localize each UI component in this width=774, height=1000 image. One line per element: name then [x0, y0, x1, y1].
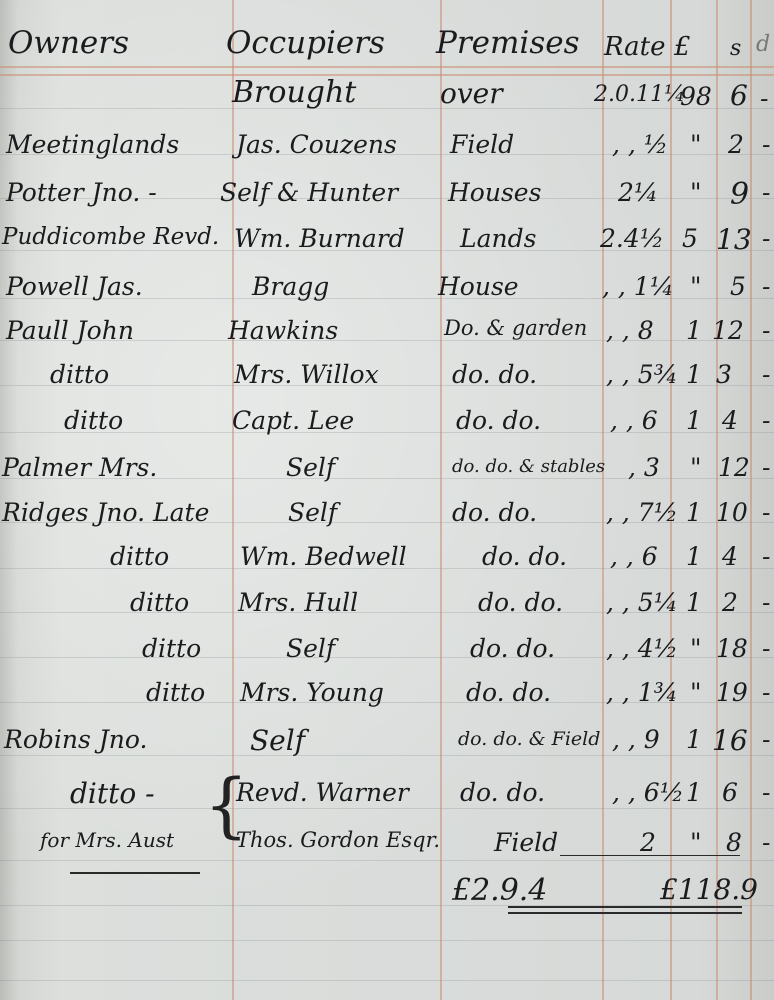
row-occupier: Mrs. Young: [240, 680, 384, 705]
row-owner: ditto: [130, 590, 189, 615]
row-premises: do. do.: [456, 408, 541, 433]
column-rule: [602, 0, 604, 1000]
column-rule: [440, 0, 442, 1000]
row-pounds: ": [690, 274, 702, 299]
row-pounds: 1: [686, 318, 702, 343]
row-shillings: 4: [722, 408, 738, 433]
row-premises: do. do.: [460, 780, 545, 805]
row-owner: Puddicombe Revd.: [2, 226, 219, 249]
row-premises: do. do.: [466, 680, 551, 705]
row-occupier: Bragg: [252, 274, 329, 299]
row-occupier: Hawkins: [228, 318, 338, 343]
row-pence: -: [762, 226, 770, 251]
row-premises: Houses: [448, 180, 541, 205]
row-pounds: 1: [686, 544, 702, 569]
row-owner: ditto: [142, 636, 201, 661]
amount-total: £118.9: [660, 876, 758, 904]
row-pounds: 1: [686, 590, 702, 615]
row-premises: Field: [494, 830, 558, 855]
row-pounds: ": [690, 636, 702, 661]
row-pence: -: [762, 680, 770, 705]
row-owner: ditto -: [70, 780, 155, 808]
total-double-rule-2: [508, 912, 742, 914]
header-rule-2: [0, 74, 774, 76]
total-double-rule-1: [508, 906, 742, 908]
row-pence: -: [762, 636, 770, 661]
row-occupier: Capt. Lee: [232, 408, 354, 433]
row-pence: -: [762, 455, 770, 480]
row-pounds: ": [690, 455, 702, 480]
row-rate: , , 6½: [612, 780, 684, 805]
row-pence: -: [762, 590, 770, 615]
row-pence: -: [762, 318, 770, 343]
row-occupier: Mrs. Hull: [238, 590, 358, 615]
row-premises: do. do. & stables: [452, 458, 605, 476]
header-pence: d: [756, 34, 770, 56]
row-pounds: 5: [682, 226, 698, 251]
row-premises: Field: [450, 132, 514, 157]
row-rate: 2: [640, 830, 656, 855]
row-rate: , , 9: [612, 727, 660, 752]
row-occupier: Self: [288, 500, 337, 525]
column-rule: [750, 0, 752, 1000]
brought-over-label-2: over: [440, 80, 503, 108]
row-shillings: 12: [712, 318, 744, 343]
row-pounds: 1: [686, 362, 702, 387]
row-rate: , , 4½: [606, 636, 678, 661]
row-occupier: Thos. Gordon Esqr.: [236, 830, 440, 851]
row-pence: -: [762, 132, 770, 157]
row-occupier: Jas. Couzens: [236, 132, 397, 157]
row-shillings: 12: [718, 455, 750, 480]
row-pounds: 1: [686, 727, 702, 752]
row-rate: , , 6: [610, 408, 658, 433]
rule-line: [0, 980, 774, 981]
brought-over-shillings: 6: [730, 82, 748, 110]
row-pounds: 1: [686, 408, 702, 433]
row-premises: do. do.: [478, 590, 563, 615]
row-occupier: Wm. Bedwell: [240, 544, 407, 569]
owner-underline: [70, 872, 200, 874]
row-rate: , , 1¾: [606, 680, 678, 705]
row-owner: Meetinglands: [6, 132, 179, 157]
row-premises: Lands: [460, 226, 536, 251]
rule-line: [0, 860, 774, 861]
row-shillings: 4: [722, 544, 738, 569]
row-owner: Potter Jno. -: [6, 180, 157, 205]
row-shillings: 6: [722, 780, 738, 805]
brought-over-rate: 2.0.11¼: [594, 84, 685, 106]
row-owner: ditto: [110, 544, 169, 569]
row-occupier: Self: [286, 636, 335, 661]
row-premises: House: [438, 274, 519, 299]
ledger-page: Owners Occupiers Premises Rate £ s d Bro…: [0, 0, 774, 1000]
row-pence: -: [762, 408, 770, 433]
row-pounds: ": [690, 680, 702, 705]
row-occupier: Revd. Warner: [236, 780, 409, 805]
row-owner: Paull John: [6, 318, 134, 343]
row-owner: ditto: [50, 362, 109, 387]
row-pence: -: [762, 727, 770, 752]
row-premises: do. do.: [482, 544, 567, 569]
row-premises: do. do. & Field: [458, 730, 600, 749]
brought-over-pence: -: [760, 86, 768, 111]
row-shillings: 8: [726, 830, 742, 855]
row-owner: Palmer Mrs.: [2, 455, 157, 480]
row-rate: 2.4½: [600, 226, 664, 251]
header-shillings: s: [730, 38, 741, 60]
row-rate: , , 5¾: [606, 362, 678, 387]
row-pence: -: [762, 500, 770, 525]
row-occupier: Self & Hunter: [220, 180, 398, 205]
row-owner: ditto: [146, 680, 205, 705]
column-rule: [232, 0, 234, 1000]
row-shillings: 13: [716, 226, 752, 254]
row-pounds: 1: [686, 500, 702, 525]
rule-line: [0, 940, 774, 941]
row-pence: -: [762, 180, 770, 205]
header-premises: Premises: [436, 28, 580, 59]
row-rate: , 3: [628, 455, 660, 480]
row-rate: , , 5¼: [606, 590, 678, 615]
row-rate: , , 7½: [606, 500, 678, 525]
row-rate: 2¼: [618, 180, 658, 205]
row-shillings: 10: [716, 500, 748, 525]
brought-over-pounds: 98: [680, 84, 712, 109]
row-pounds: 1: [686, 780, 702, 805]
row-owner: for Mrs. Aust: [40, 830, 174, 850]
row-shillings: 18: [716, 636, 748, 661]
row-shillings: 2: [722, 590, 738, 615]
row-pounds: ": [690, 180, 702, 205]
header-pounds: £: [674, 34, 691, 60]
header-owners: Owners: [8, 28, 129, 59]
header-rate: Rate: [604, 34, 666, 60]
row-premises: do. do.: [452, 362, 537, 387]
row-pence: -: [762, 544, 770, 569]
row-premises: Do. & garden: [444, 318, 587, 339]
row-shillings: 9: [730, 180, 749, 210]
brought-over-label: Brought: [232, 78, 356, 108]
row-pence: -: [762, 274, 770, 299]
rule-line: [0, 108, 774, 109]
row-premises: do. do.: [470, 636, 555, 661]
row-pence: -: [762, 780, 770, 805]
row-owner: Ridges Jno. Late: [2, 500, 209, 525]
row-rate: , , 8: [606, 318, 654, 343]
header-occupiers: Occupiers: [226, 28, 385, 59]
row-premises: do. do.: [452, 500, 537, 525]
row-pounds: ": [690, 132, 702, 157]
row-owner: Robins Jno.: [4, 727, 147, 752]
row-shillings: 5: [730, 274, 746, 299]
row-occupier: Self: [286, 455, 335, 480]
row-pence: -: [762, 830, 770, 855]
row-pounds: ": [690, 830, 702, 855]
row-occupier: Self: [250, 727, 305, 755]
row-shillings: 3: [716, 362, 732, 387]
rule-line: [0, 755, 774, 756]
row-rate: , , ½: [612, 132, 668, 157]
row-rate: , , 1¼: [602, 274, 674, 299]
row-owner: Powell Jas.: [6, 274, 143, 299]
header-rule: [0, 66, 774, 68]
row-occupier: Mrs. Willox: [234, 362, 379, 387]
row-pence: -: [762, 362, 770, 387]
row-shillings: 19: [716, 680, 748, 705]
row-owner: ditto: [64, 408, 123, 433]
row-rate: , , 6: [610, 544, 658, 569]
row-occupier: Wm. Burnard: [234, 226, 405, 251]
row-shillings: 2: [728, 132, 744, 157]
sum-rule: [560, 855, 740, 856]
rate-total: £2.9.4: [452, 876, 547, 906]
row-shillings: 16: [712, 727, 748, 755]
